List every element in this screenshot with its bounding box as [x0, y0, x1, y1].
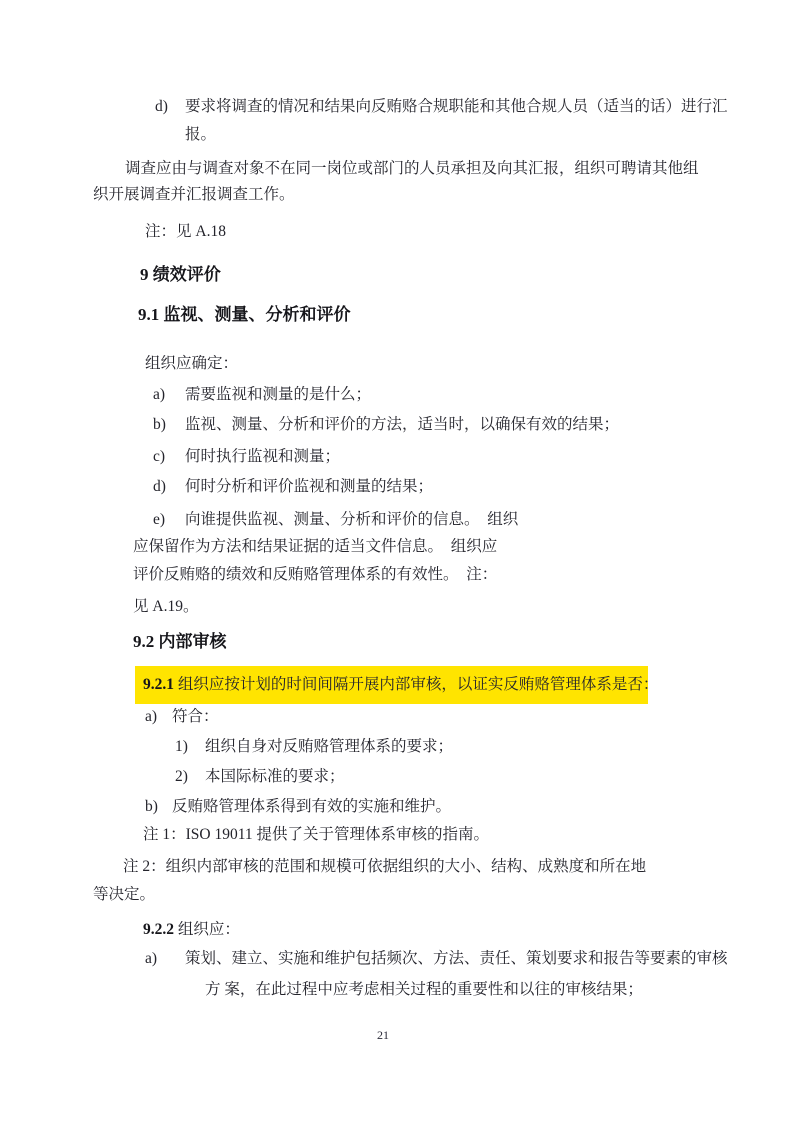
list-subitem-1: 1)组织自身对反贿赂管理体系的要求； [175, 738, 453, 756]
list-marker: a) [145, 950, 185, 968]
paragraph-9-1-cont1: 应保留作为方法和结果证据的适当文件信息。 组织应 [133, 538, 497, 556]
list-item-a-9-2-2: a)策划、建立、实施和维护包括频次、方法、责任、策划要求和报告等要素的审核 [145, 950, 728, 968]
list-item-b-9-2-1: b)反贿赂管理体系得到有效的实施和维护。 [145, 798, 451, 816]
list-item-text: 要求将调查的情况和结果向反贿赂合规职能和其他合规人员（适当的话）进行汇 [185, 98, 728, 115]
paragraph-9-1-cont3: 见 A.19。 [133, 598, 198, 616]
note-2-9-2-line1: 注 2：组织内部审核的范围和规模可依据组织的大小、结构、成熟度和所在地 [123, 858, 646, 876]
note-2-9-2-line2: 等决定。 [93, 886, 155, 904]
list-item-d-top: d)要求将调查的情况和结果向反贿赂合规职能和其他合规人员（适当的话）进行汇 [155, 98, 728, 116]
document-page: d)要求将调查的情况和结果向反贿赂合规职能和其他合规人员（适当的话）进行汇 报。… [0, 0, 794, 1123]
list-item-d-top-line2: 报。 [185, 126, 216, 144]
list-item-e: e)向谁提供监视、测量、分析和评价的信息。 组织 [153, 511, 518, 529]
clause-9-2-2: 9.2.2 组织应： [143, 921, 240, 939]
list-marker: b) [153, 416, 185, 434]
page-number: 21 [370, 1026, 396, 1044]
paragraph-9-1-cont2: 评价反贿赂的绩效和反贿赂管理体系的有效性。 注： [133, 566, 497, 584]
list-item-text: 需要监视和测量的是什么； [185, 386, 371, 403]
heading-9-2: 9.2 内部审核 [133, 632, 227, 652]
highlighted-clause-9-2-1: 9.2.1 组织应按计划的时间间隔开展内部审核，以证实反贿赂管理体系是否： [135, 666, 648, 704]
list-marker: d) [153, 478, 185, 496]
note-1-9-2: 注 1：ISO 19011 提供了关于管理体系审核的指南。 [143, 826, 489, 844]
list-item-d: d)何时分析和评价监视和测量的结果； [153, 478, 433, 496]
list-item-a: a)需要监视和测量的是什么； [153, 386, 371, 404]
list-marker: a) [153, 386, 185, 404]
list-marker: e) [153, 511, 185, 529]
list-marker: 1) [175, 738, 205, 756]
list-subitem-2: 2)本国际标准的要求； [175, 768, 345, 786]
clause-text: 组织应按计划的时间间隔开展内部审核，以证实反贿赂管理体系是否： [178, 676, 659, 693]
clause-number: 9.2.2 [143, 921, 174, 938]
list-item-b: b)监视、测量、分析和评价的方法，适当时，以确保有效的结果； [153, 416, 619, 434]
paragraph-investigation-line1: 调查应由与调查对象不在同一岗位或部门的人员承担及向其汇报，组织可聘请其他组 [125, 160, 699, 178]
list-item-text: 监视、测量、分析和评价的方法，适当时，以确保有效的结果； [185, 416, 619, 433]
clause-number: 9.2.1 [143, 676, 174, 693]
list-item-text: 本国际标准的要求； [205, 768, 345, 785]
intro-9-1: 组织应确定： [145, 355, 238, 373]
clause-text: 组织应： [178, 921, 240, 938]
list-item-c: c)何时执行监视和测量； [153, 448, 340, 466]
list-item-text: 符合： [172, 708, 219, 725]
list-item-text: 何时执行监视和测量； [185, 448, 340, 465]
list-item-text: 反贿赂管理体系得到有效的实施和维护。 [172, 798, 451, 815]
note-a18: 注：见 A.18 [145, 223, 226, 241]
list-marker: b) [145, 798, 172, 816]
list-marker: c) [153, 448, 185, 466]
list-item-a-9-2-1: a)符合： [145, 708, 219, 726]
paragraph-investigation-line2: 织开展调查并汇报调查工作。 [93, 186, 295, 204]
list-marker: 2) [175, 768, 205, 786]
list-marker: a) [145, 708, 172, 726]
list-item-text: 策划、建立、实施和维护包括频次、方法、责任、策划要求和报告等要素的审核 [185, 950, 728, 967]
list-item-text: 向谁提供监视、测量、分析和评价的信息。 组织 [185, 511, 518, 528]
list-item-a-9-2-2-line2: 方 案，在此过程中应考虑相关过程的重要性和以往的审核结果； [205, 981, 643, 999]
list-item-text: 组织自身对反贿赂管理体系的要求； [205, 738, 453, 755]
heading-9-1: 9.1 监视、测量、分析和评价 [138, 305, 351, 325]
list-item-text: 何时分析和评价监视和测量的结果； [185, 478, 433, 495]
heading-9: 9 绩效评价 [140, 265, 221, 285]
list-marker: d) [155, 98, 185, 116]
